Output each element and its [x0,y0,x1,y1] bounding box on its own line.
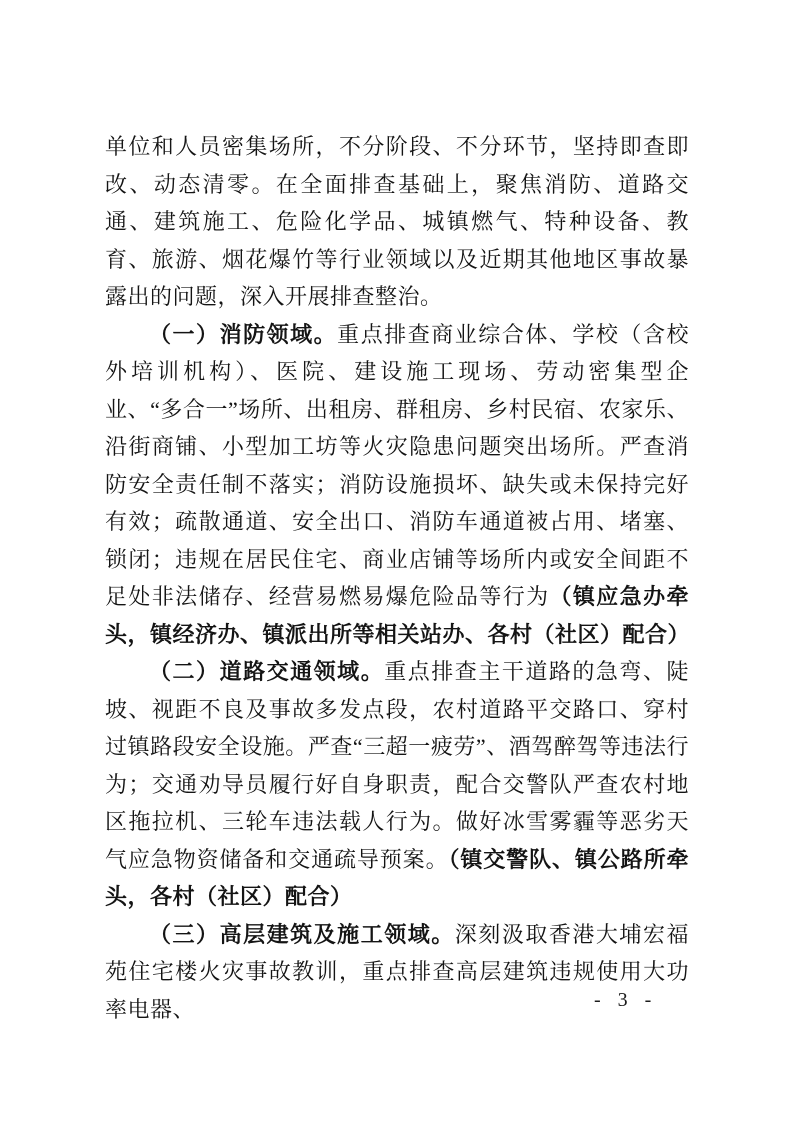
bold-text-run: （三）高层建筑及施工领域。 [149,922,455,947]
paragraph: （一）消防领域。重点排查商业综合体、学校（含校外培训机构）、医院、建设施工现场、… [105,316,689,654]
text-run: 重点排查商业综合体、学校（含校外培训机构）、医院、建设施工现场、劳动密集型企业、… [105,322,689,610]
bold-text-run: （一）消防领域。 [149,322,337,347]
page-number: - 3 - [594,986,657,1014]
document-page: 单位和人员密集场所，不分阶段、不分环节，坚持即查即改、动态清零。在全面排查基础上… [0,0,793,1122]
text-run: 重点排查主干道路的急弯、陡坡、视距不良及事故多发点段，农村道路平交路口、穿村过镇… [105,659,689,872]
document-body: 单位和人员密集场所，不分阶段、不分环节，坚持即查即改、动态清零。在全面排查基础上… [105,128,689,1028]
paragraph: 单位和人员密集场所，不分阶段、不分环节，坚持即查即改、动态清零。在全面排查基础上… [105,128,689,316]
paragraph: （二）道路交通领域。重点排查主干道路的急弯、陡坡、视距不良及事故多发点段，农村道… [105,653,689,916]
text-run: 单位和人员密集场所，不分阶段、不分环节，坚持即查即改、动态清零。在全面排查基础上… [105,134,689,309]
bold-text-run: （二）道路交通领域。 [149,659,384,684]
